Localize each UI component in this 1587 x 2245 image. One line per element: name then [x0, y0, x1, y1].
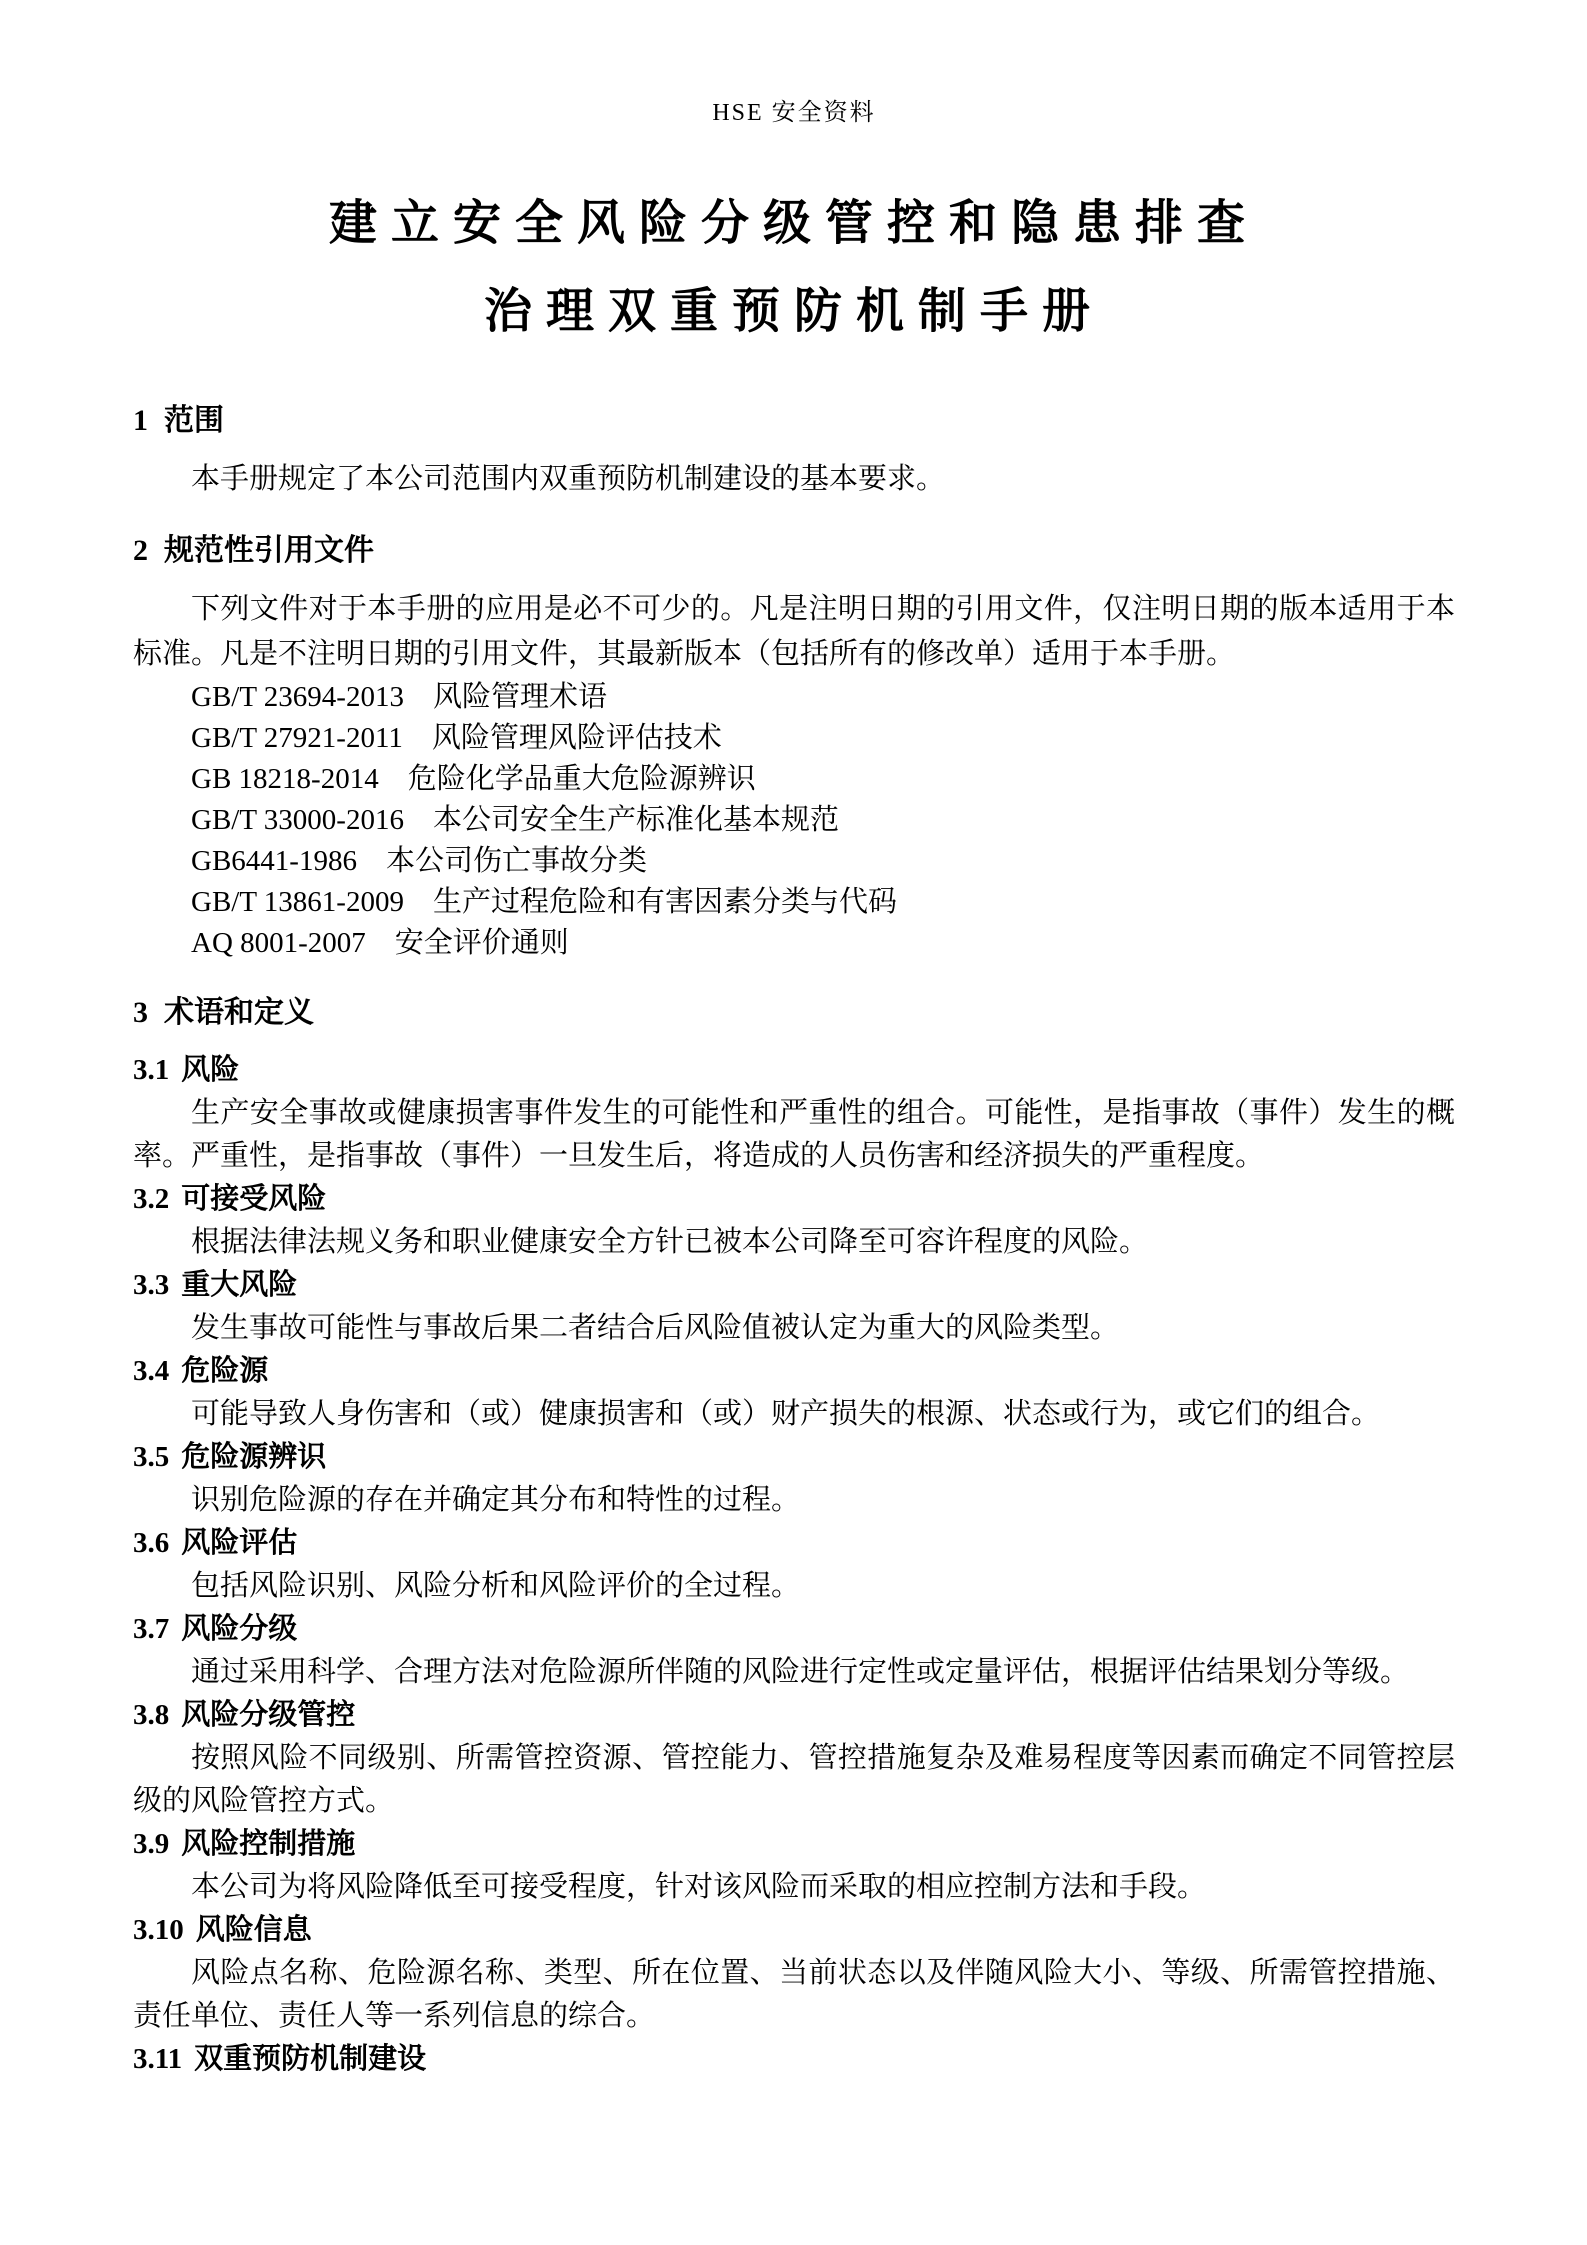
term-definition: 识别危险源的存在并确定其分布和特性的过程。 [133, 1479, 1455, 1522]
section-1-title: 范围 [164, 404, 224, 437]
term-definition: 本公司为将风险降低至可接受程度，针对该风险而采取的相应控制方法和手段。 [133, 1866, 1455, 1909]
term-number: 3.2 [133, 1183, 169, 1215]
term-item: 3.2可接受风险 根据法律法规义务和职业健康安全方针已被本公司降至可容许程度的风… [133, 1178, 1455, 1264]
term-number: 3.10 [133, 1914, 184, 1946]
term-heading: 3.9风险控制措施 [133, 1823, 1455, 1866]
term-name: 风险分级管控 [181, 1699, 355, 1731]
reference-item: AQ 8001-2007 安全评价通则 [191, 923, 1455, 964]
reference-item: GB6441-1986 本公司伤亡事故分类 [191, 841, 1455, 882]
term-heading: 3.7风险分级 [133, 1608, 1455, 1651]
document-page: HSE 安全资料 建立安全风险分级管控和隐患排查 治理双重预防机制手册 1范围 … [0, 0, 1587, 2245]
term-item: 3.10风险信息 风险点名称、危险源名称、类型、所在位置、当前状态以及伴随风险大… [133, 1909, 1455, 2038]
term-name: 危险源 [181, 1355, 268, 1387]
reference-item: GB 18218-2014 危险化学品重大危险源辨识 [191, 759, 1455, 800]
term-number: 3.3 [133, 1269, 169, 1301]
section-3-title: 术语和定义 [164, 996, 314, 1029]
term-name: 风险信息 [196, 1914, 312, 1946]
section-1-number: 1 [133, 404, 148, 437]
term-item: 3.9风险控制措施 本公司为将风险降低至可接受程度，针对该风险而采取的相应控制方… [133, 1823, 1455, 1909]
doc-title-line1: 建立安全风险分级管控和隐患排查 [133, 180, 1455, 268]
term-name: 风险 [181, 1054, 239, 1086]
term-definition: 按照风险不同级别、所需管控资源、管控能力、管控措施复杂及难易程度等因素而确定不同… [133, 1737, 1455, 1823]
term-heading: 3.11双重预防机制建设 [133, 2038, 1455, 2081]
term-item: 3.11双重预防机制建设 [133, 2038, 1455, 2081]
term-item: 3.7风险分级 通过采用科学、合理方法对危险源所伴随的风险进行定性或定量评估，根… [133, 1608, 1455, 1694]
section-2-body: 下列文件对于本手册的应用是必不可少的。凡是注明日期的引用文件，仅注明日期的版本适… [133, 587, 1455, 677]
reference-item: GB/T 23694-2013 风险管理术语 [191, 677, 1455, 718]
term-name: 风险评估 [181, 1527, 297, 1559]
term-heading: 3.3重大风险 [133, 1264, 1455, 1307]
term-definition: 生产安全事故或健康损害事件发生的可能性和严重性的组合。可能性，是指事故（事件）发… [133, 1092, 1455, 1178]
term-item: 3.3重大风险 发生事故可能性与事故后果二者结合后风险值被认定为重大的风险类型。 [133, 1264, 1455, 1350]
doc-title-line2: 治理双重预防机制手册 [133, 268, 1455, 356]
term-number: 3.8 [133, 1699, 169, 1731]
term-number: 3.11 [133, 2043, 182, 2075]
term-item: 3.8风险分级管控 按照风险不同级别、所需管控资源、管控能力、管控措施复杂及难易… [133, 1694, 1455, 1823]
term-item: 3.6风险评估 包括风险识别、风险分析和风险评价的全过程。 [133, 1522, 1455, 1608]
term-heading: 3.1风险 [133, 1049, 1455, 1092]
term-definition: 发生事故可能性与事故后果二者结合后风险值被认定为重大的风险类型。 [133, 1307, 1455, 1350]
term-item: 3.4危险源 可能导致人身伤害和（或）健康损害和（或）财产损失的根源、状态或行为… [133, 1350, 1455, 1436]
term-definition: 包括风险识别、风险分析和风险评价的全过程。 [133, 1565, 1455, 1608]
term-name: 可接受风险 [181, 1183, 326, 1215]
term-number: 3.6 [133, 1527, 169, 1559]
reference-item: GB/T 13861-2009 生产过程危险和有害因素分类与代码 [191, 882, 1455, 923]
term-number: 3.7 [133, 1613, 169, 1645]
term-name: 双重预防机制建设 [194, 2043, 426, 2075]
term-item: 3.1风险 生产安全事故或健康损害事件发生的可能性和严重性的组合。可能性，是指事… [133, 1049, 1455, 1178]
term-name: 危险源辨识 [181, 1441, 326, 1473]
terms-list: 3.1风险 生产安全事故或健康损害事件发生的可能性和严重性的组合。可能性，是指事… [133, 1049, 1455, 2081]
section-1-body: 本手册规定了本公司范围内双重预防机制建设的基本要求。 [133, 457, 1455, 502]
term-number: 3.5 [133, 1441, 169, 1473]
term-definition: 根据法律法规义务和职业健康安全方针已被本公司降至可容许程度的风险。 [133, 1221, 1455, 1264]
doc-header: HSE 安全资料 [133, 98, 1455, 128]
term-heading: 3.8风险分级管控 [133, 1694, 1455, 1737]
term-number: 3.1 [133, 1054, 169, 1086]
section-3-heading: 3术语和定义 [133, 990, 1455, 1035]
reference-item: GB/T 33000-2016 本公司安全生产标准化基本规范 [191, 800, 1455, 841]
term-name: 风险控制措施 [181, 1828, 355, 1860]
term-number: 3.9 [133, 1828, 169, 1860]
section-2-title: 规范性引用文件 [164, 534, 374, 567]
section-2-heading: 2规范性引用文件 [133, 528, 1455, 573]
term-heading: 3.4危险源 [133, 1350, 1455, 1393]
term-number: 3.4 [133, 1355, 169, 1387]
term-heading: 3.10风险信息 [133, 1909, 1455, 1952]
term-heading: 3.6风险评估 [133, 1522, 1455, 1565]
section-3-number: 3 [133, 996, 148, 1029]
term-definition: 风险点名称、危险源名称、类型、所在位置、当前状态以及伴随风险大小、等级、所需管控… [133, 1952, 1455, 2038]
term-name: 风险分级 [181, 1613, 297, 1645]
doc-title: 建立安全风险分级管控和隐患排查 治理双重预防机制手册 [133, 180, 1455, 356]
reference-list: GB/T 23694-2013 风险管理术语 GB/T 27921-2011 风… [133, 677, 1455, 964]
term-item: 3.5危险源辨识 识别危险源的存在并确定其分布和特性的过程。 [133, 1436, 1455, 1522]
term-heading: 3.2可接受风险 [133, 1178, 1455, 1221]
term-name: 重大风险 [181, 1269, 297, 1301]
term-definition: 可能导致人身伤害和（或）健康损害和（或）财产损失的根源、状态或行为，或它们的组合… [133, 1393, 1455, 1436]
term-heading: 3.5危险源辨识 [133, 1436, 1455, 1479]
section-1-heading: 1范围 [133, 398, 1455, 443]
reference-item: GB/T 27921-2011 风险管理风险评估技术 [191, 718, 1455, 759]
term-definition: 通过采用科学、合理方法对危险源所伴随的风险进行定性或定量评估，根据评估结果划分等… [133, 1651, 1455, 1694]
section-2-number: 2 [133, 534, 148, 567]
